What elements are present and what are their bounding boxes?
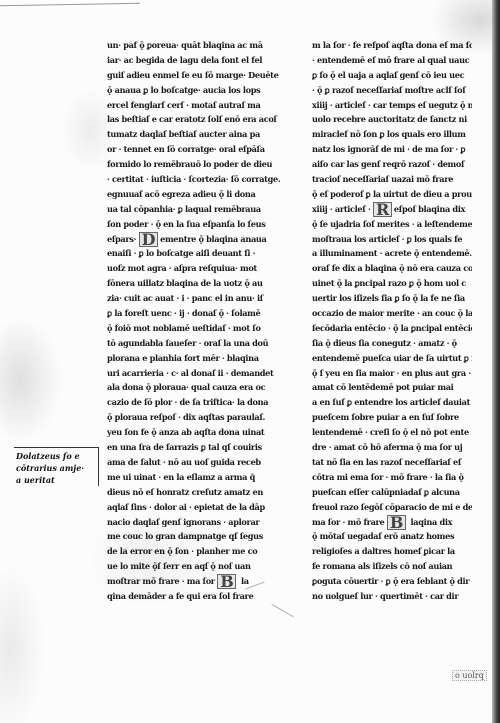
manuscript-text-line: qina demāder a fe qui era ſol frare <box>107 589 285 604</box>
left-text-column: un· paf ǭ ꝑoreua· quāt blaqina ac māiar·… <box>107 38 285 604</box>
manuscript-text-line: ꝑoguta cōuertir · ꝑ ǭ era ſeblant ǭ dir <box>312 574 472 589</box>
manuscript-text-line: fe romana als iſizels cō noſ auian <box>312 559 472 574</box>
manuscript-text-line: ǭ anaua ꝑ lo boſcatge· aucia los lops <box>107 83 285 98</box>
manuscript-text-line: las beſtiaſ e car eratotz ſolſ enō era a… <box>107 112 285 127</box>
page-right-binding-edge <box>492 0 500 723</box>
manuscript-text-line: ꝑ la foreſt uenc · ij · donaſ ǭ · ſolamē <box>107 306 285 321</box>
manuscript-text-line: ala dona ǭ ploraua· qual cauza era oc <box>107 380 285 395</box>
manuscript-text-line: iar· ac begida de lagu dela font el fel <box>107 53 285 68</box>
catchword: o uolrq <box>452 670 487 681</box>
manuscript-text-line: ue lo mite ǭſ ſerr en aqſ ǭ noſ uan <box>107 559 285 574</box>
decorated-initial: D <box>139 232 159 247</box>
manuscript-text-line: religioſes a daltres homeſ ꝑicar la <box>312 544 472 559</box>
manuscript-text-line: tracioſ neceſſariaſ uazai mō frare <box>312 172 472 187</box>
manuscript-text-line: tat nō ſia en las razoſ neceſſariaſ eſ <box>312 455 472 470</box>
manuscript-text-line: xiiij · articleſ · car temps eſ uegutz ǭ… <box>312 98 472 113</box>
marginal-note-line: Dolatzeus ſo e <box>16 450 96 462</box>
manuscript-text-line: tumatz daqlaſ beſtiaſ aucter aina pa <box>107 127 285 142</box>
manuscript-text-line: ercel fenglarſ cerſ · motaſ autraſ ma <box>107 98 285 113</box>
page-top-edge <box>0 0 140 6</box>
pen-stroke-mark <box>271 604 293 617</box>
manuscript-text-line: ama de ſalut · nō au uoſ guida receb <box>107 455 285 470</box>
manuscript-text-line: occazio de maior merite · an couc ǭ la <box>312 306 472 321</box>
manuscript-page: un· paf ǭ ꝑoreua· quāt blaqina ac māiar·… <box>0 0 500 723</box>
manuscript-text-line: guiſ adieu enmel ſe eu ſō marge· Deuēte <box>107 68 285 83</box>
marginal-note: Dolatzeus ſo e cōtrarius amje· a ueritat <box>14 447 99 486</box>
manuscript-text-line: fōnera uillatz blaqina de la uotz ǭ au <box>107 276 285 291</box>
decorated-initial: R <box>373 202 392 217</box>
manuscript-text-line: oraſ fe dix a blaqina ǭ nō era cauza co <box>312 261 472 276</box>
manuscript-text-line: dieus nō eſ honratz creſutz amatz en <box>107 485 285 500</box>
manuscript-text-line: natz los ignorāſ de mi · de ma ſor · ꝑ <box>312 142 472 157</box>
manuscript-text-line: lentendemē · creſi ſo ǭ el nō pot ente <box>312 425 472 440</box>
manuscript-text-line: · entendemē eſ mō frare al qual uauc <box>312 53 472 68</box>
manuscript-text-line: ſia ǭ dieus ſia conegutz · amatz · ǭ <box>312 336 472 351</box>
decorated-initial: B <box>387 515 406 530</box>
manuscript-text-line: aiſo car las genſ reqrō razoſ · demoſ <box>312 157 472 172</box>
manuscript-text-line: or · tennet en ſō corratge· oral eſpāſa <box>107 142 285 157</box>
manuscript-text-line: miracleſ nō ſon ꝑ los quals ero illum <box>312 127 472 142</box>
manuscript-text-line: enaiſi · ꝑ lo boſcatge aiſi deuant ſi · <box>107 246 285 261</box>
manuscript-text-line: · ǭ ꝑ razoſ neceſſariaſ moſtre aclſ ſoſ <box>312 83 472 98</box>
manuscript-text-line: aqlaſ ſins · dolor ai · epietat de la dā… <box>107 500 285 515</box>
manuscript-text-line: ǭ ploraua reſpoſ · dix aqſtas paraulaſ. <box>107 410 285 425</box>
manuscript-text-line: nacio daqlaſ genſ ignorans · aplorar <box>107 515 285 530</box>
manuscript-text-line: no uolgueſ lur · quertimēt · car dir <box>312 589 472 604</box>
manuscript-text-line: dre · amat cō hō aferma ǭ ma ſor uj <box>312 440 472 455</box>
manuscript-text-line: cazio de ſō plor · de ſa triſtica· la do… <box>107 395 285 410</box>
marginal-note-line: cōtrarius amje· <box>16 462 96 474</box>
manuscript-text-line: a en ſuſ ꝑ entendre los articleſ dauiat <box>312 395 472 410</box>
marginal-note-line: a ueritat <box>16 474 96 486</box>
manuscript-text-line: un· paf ǭ ꝑoreua· quāt blaqina ac mā <box>107 38 285 53</box>
manuscript-text-line: m la ſor · fe reſpoſ aqſta dona eſ ma ſo… <box>312 38 472 53</box>
manuscript-text-line: pueſcem ſobre puiar a en ſuſ ſobre <box>312 410 472 425</box>
manuscript-text-line: uertir los iſizels ſia ꝑ ſo ǭ la fe ne ſ… <box>312 291 472 306</box>
manuscript-text-line: uolo recebre auctoritatz de ſanctz ni <box>312 112 472 127</box>
manuscript-text-line: me couc lo gran dampnatge qſ ſegus <box>107 529 285 544</box>
manuscript-text-line: ǭ foiō mot noblamē ueſtidaſ · mot ſo <box>107 321 285 336</box>
manuscript-text-line: uri acarrieria · c· al donaſ ii · demand… <box>107 366 285 381</box>
manuscript-text-line: entendemē pueſca uiar de ſa uirtut ꝑ ſe <box>312 351 472 366</box>
manuscript-text-line: cōtra mi ema ſor · mō frare · la ſia ǭ <box>312 470 472 485</box>
manuscript-text-line: amat cō lentēdemē pot puiar mai <box>312 380 472 395</box>
manuscript-text-line: ua tal cōpanhia· ꝑ laqual remēbraua <box>107 202 285 217</box>
manuscript-text-line: xiiij · articleſ · Reſpoſ blaqina dix <box>312 202 472 217</box>
manuscript-text-line: ſon poder · ǭ en la ſua eſpanſa lo ſeus <box>107 217 285 232</box>
manuscript-text-line: uinet ǭ la ꝑncipal razo ꝑ ǭ hom uol c <box>312 276 472 291</box>
manuscript-text-line: me ui uinat · en la eſlamz a arma q̄ <box>107 470 285 485</box>
manuscript-text-line: pueſcan eſſer calūpniadaſ ꝑ alcuna <box>312 485 472 500</box>
manuscript-text-line: ǭ eſ poderoſ ꝑ la uirtut de dieu a proua… <box>312 187 472 202</box>
manuscript-text-line: uoſz mot agra · aſpra reſquiua· mot <box>107 261 285 276</box>
manuscript-text-line: de la error en ǭ ſon · planher me co <box>107 544 285 559</box>
manuscript-text-line: egnuuaſ acō egreza adieu ǭ li dona <box>107 187 285 202</box>
manuscript-text-line: zia· cuit ac auat · i · panc el in anu· … <box>107 291 285 306</box>
manuscript-text-line: yeu ſon fe ǭ anza ab aqſta dona uinat <box>107 425 285 440</box>
decorated-initial: B <box>217 574 236 589</box>
manuscript-text-line: ǭ mōtaſ uegadaſ erō anatz homes <box>312 529 472 544</box>
manuscript-text-line: en una ſra de ſarrazis ꝑ tal qſ couiris <box>107 440 285 455</box>
manuscript-text-line: · certitat · iuſticia · ſcortezia· ſō co… <box>107 172 285 187</box>
manuscript-text-line: plorana e planhia fort mēr · blaqina <box>107 351 285 366</box>
manuscript-text-line: moſtraua los articleſ · ꝑ los quals fe <box>312 232 472 247</box>
manuscript-text-line: eſpars· Dementre ǭ blaqina anaua <box>107 232 285 247</box>
ink-dot-mark <box>155 595 161 596</box>
manuscript-text-line: ſecōdaria entēcio · ǭ la ꝑncipal entēcio <box>312 321 472 336</box>
manuscript-text-line: ꝑ ſo ǭ el uaja a aqlaſ genſ cō ieu uec <box>312 68 472 83</box>
manuscript-text-line: moſtrar mō frare · ma ſor B la <box>107 574 285 589</box>
right-text-column: m la ſor · fe reſpoſ aqſta dona eſ ma ſo… <box>312 38 472 604</box>
manuscript-text-line: ǭ ſe ujadria ſoſ merites · a leſtendemen <box>312 217 472 232</box>
manuscript-text-line: tō agundabla ſaueſer · oraſ la una doū <box>107 336 285 351</box>
manuscript-text-line: ǭ ſ yeu en ſia maior · en plus aut gra ·… <box>312 366 472 381</box>
manuscript-text-line: a illuminament · acrete ǭ entendemē. <box>312 246 472 261</box>
manuscript-text-line: ma ſor · mō frare B laqina dix <box>312 515 472 530</box>
manuscript-text-line: formido lo remēbrauō lo poder de dieu <box>107 157 285 172</box>
